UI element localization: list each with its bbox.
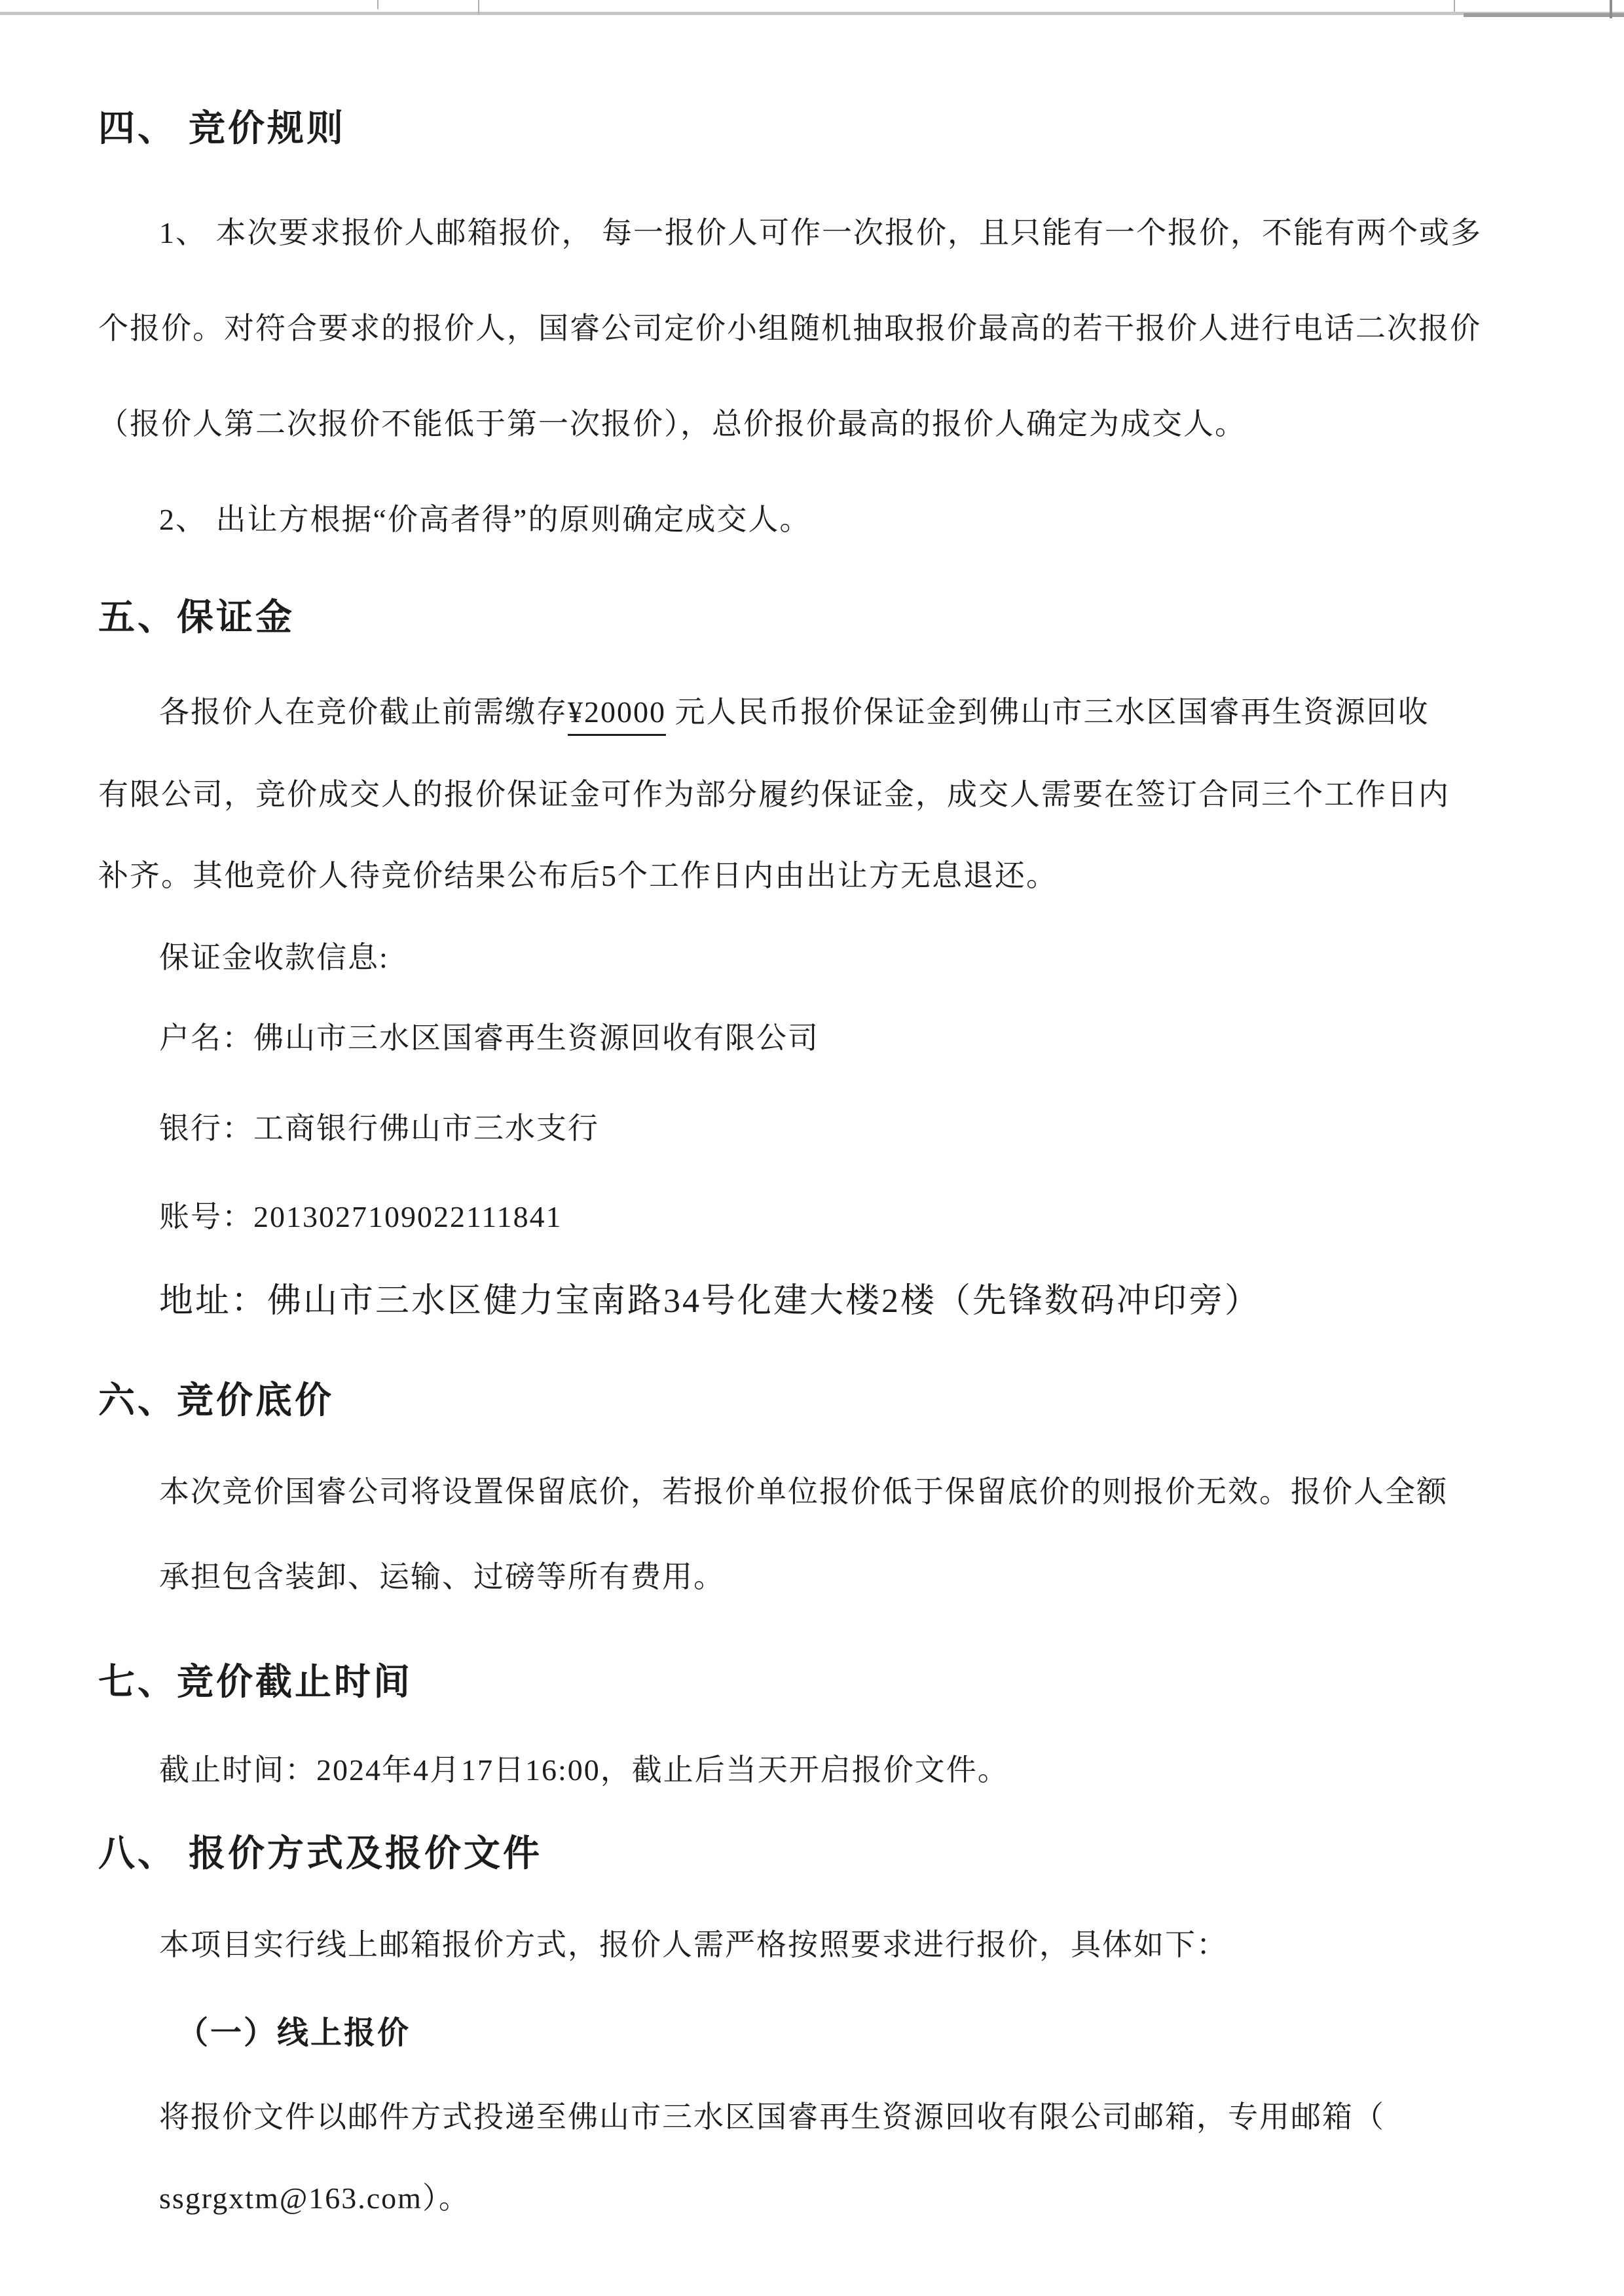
section-7-heading: 七、竞价截止时间: [98, 1662, 413, 1704]
deposit-address: 地址：佛山市三水区健力宝南路34号化建大楼2楼（先锋数码冲印旁）: [159, 1282, 1261, 1321]
bid-deadline-text: 截止时间：2024年4月17日16:00，截止后当天开启报价文件。: [159, 1753, 1009, 1788]
section-8-paragraph-2-line-1: 将报价文件以邮件方式投递至佛山市三水区国睿再生资源回收有限公司邮箱，专用邮箱（: [159, 2100, 1385, 2135]
section-6-paragraph-line-2: 承担包含装卸、运输、过磅等所有费用。: [159, 1560, 725, 1595]
section-6-paragraph-line-1: 本次竞价国睿公司将设置保留底价，若报价单位报价低于保留底价的则报价无效。报价人全…: [159, 1475, 1448, 1510]
scan-artifact-line: [0, 12, 1624, 15]
section-4-paragraph-1-line-1: 1、 本次要求报价人邮箱报价， 每一报价人可作一次报价，且只能有一个报价，不能有…: [159, 216, 1482, 251]
section-4-heading: 四、 竞价规则: [98, 108, 346, 150]
section-5-paragraph-1-line-1: 各报价人在竞价截止前需缴存¥20000 元人民币报价保证金到佛山市三水区国睿再生…: [159, 695, 1430, 730]
document-page: 四、 竞价规则 1、 本次要求报价人邮箱报价， 每一报价人可作一次报价，且只能有…: [0, 0, 1624, 2296]
scan-artifact-tick: [478, 0, 479, 14]
deposit-amount: ¥20000: [568, 695, 666, 736]
section-5-paragraph-1-line-3: 补齐。其他竞价人待竞价结果公布后5个工作日内由出让方无息退还。: [98, 859, 1058, 894]
bid-email-address: ssgrgxtm@163.com）。: [159, 2181, 470, 2216]
deposit-text-suffix: 元人民币报价保证金到佛山市三水区国睿再生资源回收: [666, 695, 1430, 729]
deposit-bank: 银行：工商银行佛山市三水支行: [159, 1112, 599, 1146]
scan-artifact-line-dark: [1464, 13, 1624, 17]
deposit-payee-info-label: 保证金收款信息:: [159, 941, 389, 975]
section-4-paragraph-1-line-3: （报价人第二次报价不能低于第一次报价），总价报价最高的报价人确定为成交人。: [98, 407, 1246, 442]
section-5-heading: 五、保证金: [98, 597, 295, 639]
section-8-paragraph-1: 本项目实行线上邮箱报价方式，报价人需严格按照要求进行报价，具体如下：: [159, 1928, 1228, 1963]
section-4-paragraph-2: 2、 出让方根据“价高者得”的原则确定成交人。: [159, 503, 811, 538]
scan-artifact-corner: [1610, 0, 1612, 18]
deposit-account-name: 户名：佛山市三水区国睿再生资源回收有限公司: [159, 1021, 819, 1056]
deposit-account-number: 账号：2013027109022111841: [159, 1200, 563, 1235]
section-6-heading: 六、竞价底价: [98, 1380, 334, 1422]
section-5-paragraph-1-line-2: 有限公司，竞价成交人的报价保证金可作为部分履约保证金，成交人需要在签订合同三个工…: [98, 778, 1450, 812]
section-4-paragraph-1-line-2: 个报价。对符合要求的报价人，国睿公司定价小组随机抽取报价最高的若干报价人进行电话…: [98, 312, 1481, 346]
online-bidding-subheading: （一）线上报价: [177, 2015, 411, 2051]
section-8-heading: 八、 报价方式及报价文件: [98, 1833, 542, 1875]
deposit-text-prefix: 各报价人在竞价截止前需缴存: [159, 695, 568, 729]
scan-artifact-tick: [1454, 0, 1455, 12]
scan-artifact-tick: [377, 0, 378, 9]
